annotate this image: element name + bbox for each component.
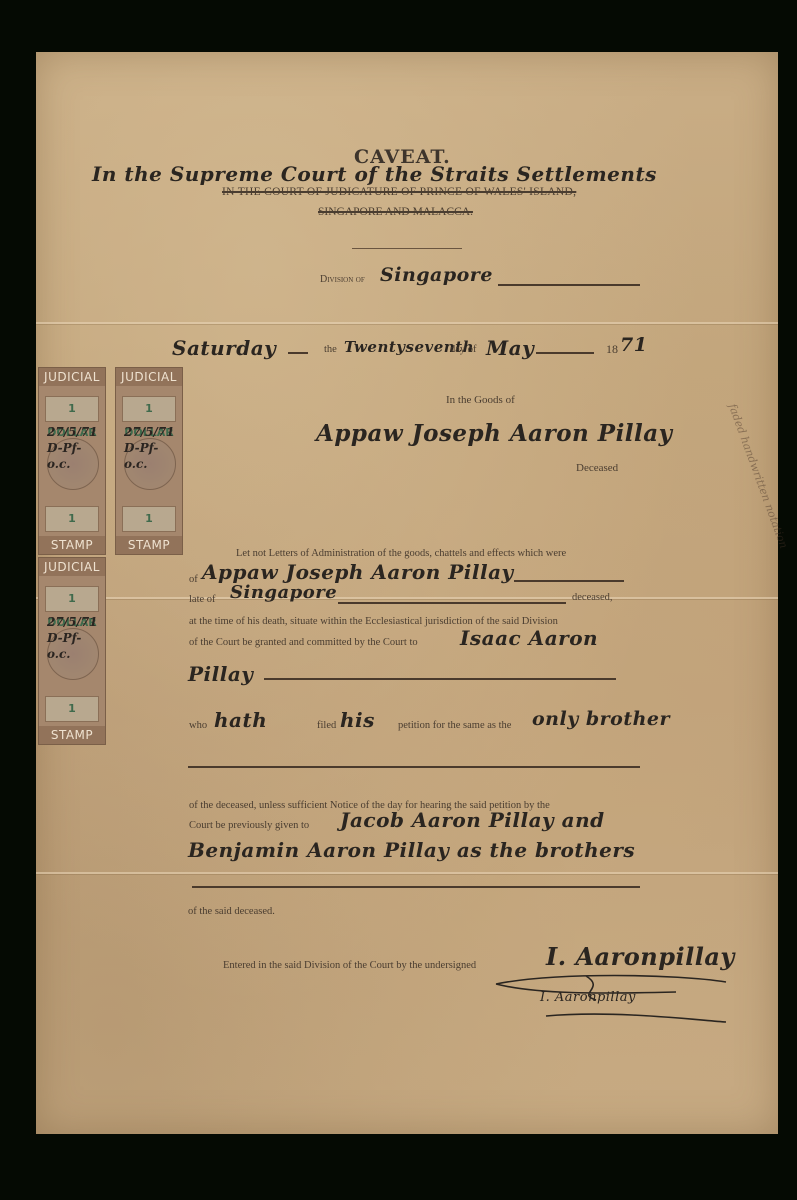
late-of-underline <box>338 602 566 604</box>
of-value: Appaw Joseph Aaron Pillay <box>202 560 514 584</box>
stamp-top-label: JUDICIAL <box>116 368 182 386</box>
late-of-value: Singapore <box>230 582 337 603</box>
late-of-label: late of <box>189 594 216 605</box>
body-line-1: Let not Letters of Administration of the… <box>236 548 566 559</box>
court-name-handwritten: In the Supreme Court of the Straits Sett… <box>92 162 657 186</box>
body-line-11: of the said deceased. <box>188 906 275 917</box>
grantee-underline <box>264 678 616 680</box>
fold-line <box>36 322 778 324</box>
date-weekday: Saturday <box>172 336 276 360</box>
entered-label: Entered in the said Division of the Cour… <box>223 960 476 971</box>
of-underline <box>514 580 624 582</box>
petition-label: petition for the same as the <box>398 720 511 731</box>
fold-line <box>36 597 778 599</box>
relation-underline <box>188 766 640 768</box>
notice-underline <box>192 886 640 888</box>
fold-line <box>36 872 778 874</box>
division-underline <box>498 284 640 286</box>
stamp-value-bottom: 1 DOLLAR <box>45 696 99 722</box>
caveat-document: CAVEAT. In the Supreme Court of the Stra… <box>36 52 778 1134</box>
stamp-value-top: 1 DOLLAR <box>122 396 176 422</box>
stamp-cancellation: 27/5/71 D-Pf- o.c. <box>47 614 103 662</box>
date-dash <box>288 352 308 354</box>
date-month-underline <box>536 352 594 354</box>
who-label: who <box>189 720 207 731</box>
stamp-cancellation: 27/5/71 D-Pf- o.c. <box>124 424 180 472</box>
date-day-of-label: day of <box>450 344 477 355</box>
date-year-prefix: 18 <box>606 342 618 357</box>
stamp-value-bottom: 1 DOLLAR <box>45 506 99 532</box>
stamp-bottom-label: STAMP <box>116 536 182 554</box>
divider <box>352 248 462 249</box>
stamp-top-label: JUDICIAL <box>39 368 105 386</box>
division-label: Division of <box>320 274 365 285</box>
stamp-value-top: 1 DOLLAR <box>45 396 99 422</box>
date-year-suffix: 71 <box>620 334 647 356</box>
stamp-value-bottom: 1 DOLLAR <box>122 506 176 532</box>
date-the-label: the <box>324 344 337 355</box>
judicial-stamp: JUDICIAL 1 DOLLAR 27/5/71 D-Pf- o.c. 1 D… <box>38 367 106 555</box>
grantee-part1: Isaac Aaron <box>460 626 598 650</box>
signature-secondary: I. Aaronpillay <box>540 990 636 1005</box>
judicial-stamp: JUDICIAL 1 DOLLAR 27/5/71 D-Pf- o.c. 1 D… <box>115 367 183 555</box>
stamp-value-top: 1 DOLLAR <box>45 586 99 612</box>
filed-label: filed <box>317 720 336 731</box>
of-label: of <box>189 574 198 585</box>
court-name-printed-struck-line2: SINGAPORE AND MALACCA. <box>318 206 473 218</box>
stamp-cancellation: 27/5/71 D-Pf- o.c. <box>47 424 103 472</box>
deceased-name: Appaw Joseph Aaron Pillay <box>316 420 673 447</box>
grantee-part2: Pillay <box>188 662 253 686</box>
body-line-9: Court be previously given to <box>189 820 309 831</box>
notice-part2: Benjamin Aaron Pillay as the brothers <box>188 838 635 862</box>
stamp-top-label: JUDICIAL <box>39 558 105 576</box>
margin-notation: faded handwritten notation <box>726 402 791 550</box>
his-value: his <box>340 708 375 732</box>
stamp-bottom-label: STAMP <box>39 536 105 554</box>
notice-part1: Jacob Aaron Pillay and <box>340 808 605 832</box>
relation-value: only brother <box>532 708 670 730</box>
division-value: Singapore <box>380 264 493 286</box>
stamp-bottom-label: STAMP <box>39 726 105 744</box>
judicial-stamp: JUDICIAL 1 DOLLAR 27/5/71 D-Pf- o.c. 1 D… <box>38 557 106 745</box>
court-name-printed-struck: IN THE COURT OF JUDICATURE OF PRINCE OF … <box>222 186 576 198</box>
body-line-5: of the Court be granted and committed by… <box>189 637 418 648</box>
deceased-label: Deceased <box>576 462 618 474</box>
date-month: May <box>486 336 534 360</box>
goods-label: In the Goods of <box>446 394 515 406</box>
hath-value: hath <box>214 708 267 732</box>
deceased-suffix: deceased, <box>572 592 613 603</box>
